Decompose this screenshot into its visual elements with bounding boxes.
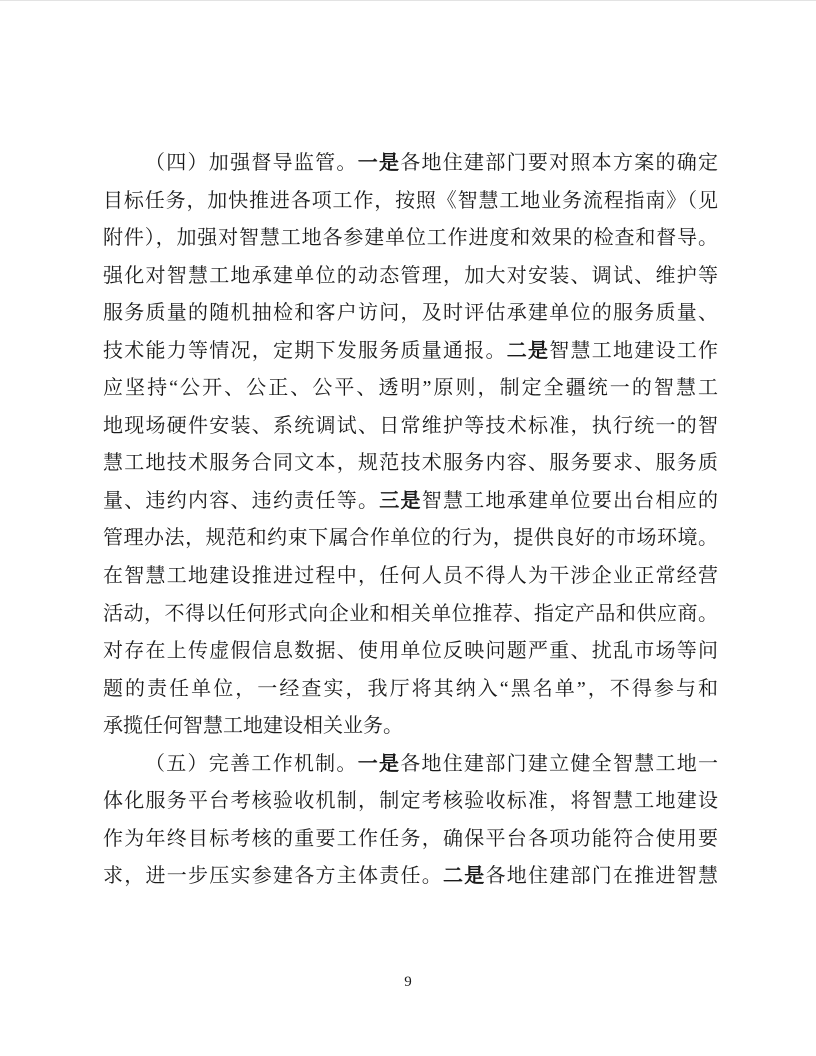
text-line: 承揽任何智慧工地建设相关业务。 (103, 708, 718, 746)
body-text: 作为年终目标考核的重要工作任务，确保平台各项功能符合使用要 (103, 828, 718, 850)
body-text: 地现场硬件安装、系统调试、日常维护等技术标准，执行统一的智 (103, 415, 718, 437)
body-text: 服务质量的随机抽检和客户访问，及时评估承建单位的服务质量、 (103, 302, 718, 324)
body-text: （四）加强督导监管。 (145, 152, 358, 174)
body-text: 题的责任单位，一经查实，我厅将其纳入“黑名单”，不得参与和 (103, 678, 718, 700)
document-body: （四）加强督导监管。一是各地住建部门要对照本方案的确定目标任务，加快推进各项工作… (103, 145, 718, 896)
text-line: 技术能力等情况，定期下发服务质量通报。二是智慧工地建设工作 (103, 333, 718, 371)
body-text: 智慧工地建设工作 (549, 340, 718, 362)
body-text: 强化对智慧工地承建单位的动态管理，加大对安装、调试、维护等 (103, 265, 718, 287)
body-text: 体化服务平台考核验收机制，制定考核验收标准，将智慧工地建设 (103, 790, 718, 812)
text-line: 目标任务，加快推进各项工作，按照《智慧工地业务流程指南》（见 (103, 183, 718, 221)
body-text: 应坚持“公开、公正、公平、透明”原则，制定全疆统一的智慧工 (103, 377, 718, 399)
text-line: 应坚持“公开、公正、公平、透明”原则，制定全疆统一的智慧工 (103, 370, 718, 408)
text-line: 服务质量的随机抽检和客户访问，及时评估承建单位的服务质量、 (103, 295, 718, 333)
text-line: 作为年终目标考核的重要工作任务，确保平台各项功能符合使用要 (103, 821, 718, 859)
body-text: 各地住建部门在推进智慧 (486, 865, 719, 887)
body-text: 技术能力等情况，定期下发服务质量通报。 (103, 340, 507, 362)
text-line: 题的责任单位，一经查实，我厅将其纳入“黑名单”，不得参与和 (103, 671, 718, 709)
body-text: 智慧工地承建单位要出台相应的 (422, 490, 718, 512)
text-line: （五）完善工作机制。一是各地住建部门建立健全智慧工地一 (103, 746, 718, 784)
emphasis-text: 三是 (379, 490, 422, 512)
text-line: 地现场硬件安装、系统调试、日常维护等技术标准，执行统一的智 (103, 408, 718, 446)
body-text: 各地住建部门建立健全智慧工地一 (400, 753, 718, 775)
body-text: 附件），加强对智慧工地各参建单位工作进度和效果的检查和督导。 (103, 227, 718, 249)
body-text: 承揽任何智慧工地建设相关业务。 (103, 715, 403, 737)
text-line: 对存在上传虚假信息数据、使用单位反映问题严重、扰乱市场等问 (103, 633, 718, 671)
text-line: 活动，不得以任何形式向企业和相关单位推荐、指定产品和供应商。 (103, 596, 718, 634)
body-text: 各地住建部门要对照本方案的确定 (400, 152, 718, 174)
text-line: 慧工地技术服务合同文本，规范技术服务内容、服务要求、服务质 (103, 445, 718, 483)
text-line: （四）加强督导监管。一是各地住建部门要对照本方案的确定 (103, 145, 718, 183)
body-text: 目标任务，加快推进各项工作，按照《智慧工地业务流程指南》（见 (103, 190, 718, 212)
body-text: 活动，不得以任何形式向企业和相关单位推荐、指定产品和供应商。 (103, 603, 718, 625)
page-top-edge-line (0, 0, 816, 1)
text-line: 在智慧工地建设推进过程中，任何人员不得人为干涉企业正常经营 (103, 558, 718, 596)
body-text: 管理办法，规范和约束下属合作单位的行为，提供良好的市场环境。 (103, 527, 718, 549)
text-line: 求，进一步压实参建各方主体责任。二是各地住建部门在推进智慧 (103, 858, 718, 896)
body-text: 慧工地技术服务合同文本，规范技术服务内容、服务要求、服务质 (103, 452, 718, 474)
text-line: 管理办法，规范和约束下属合作单位的行为，提供良好的市场环境。 (103, 520, 718, 558)
emphasis-text: 一是 (358, 152, 401, 174)
text-line: 附件），加强对智慧工地各参建单位工作进度和效果的检查和督导。 (103, 220, 718, 258)
body-text: 求，进一步压实参建各方主体责任。 (103, 865, 443, 887)
emphasis-text: 一是 (358, 753, 401, 775)
emphasis-text: 二是 (507, 340, 550, 362)
emphasis-text: 二是 (443, 865, 486, 887)
body-text: 量、违约内容、违约责任等。 (103, 490, 379, 512)
text-line: 体化服务平台考核验收机制，制定考核验收标准，将智慧工地建设 (103, 783, 718, 821)
text-line: 量、违约内容、违约责任等。三是智慧工地承建单位要出台相应的 (103, 483, 718, 521)
body-text: （五）完善工作机制。 (145, 753, 358, 775)
body-text: 在智慧工地建设推进过程中，任何人员不得人为干涉企业正常经营 (103, 565, 718, 587)
document-page: （四）加强督导监管。一是各地住建部门要对照本方案的确定目标任务，加快推进各项工作… (0, 0, 816, 1056)
body-text: 对存在上传虚假信息数据、使用单位反映问题严重、扰乱市场等问 (103, 640, 718, 662)
text-line: 强化对智慧工地承建单位的动态管理，加大对安装、调试、维护等 (103, 258, 718, 296)
page-number: 9 (0, 970, 816, 994)
